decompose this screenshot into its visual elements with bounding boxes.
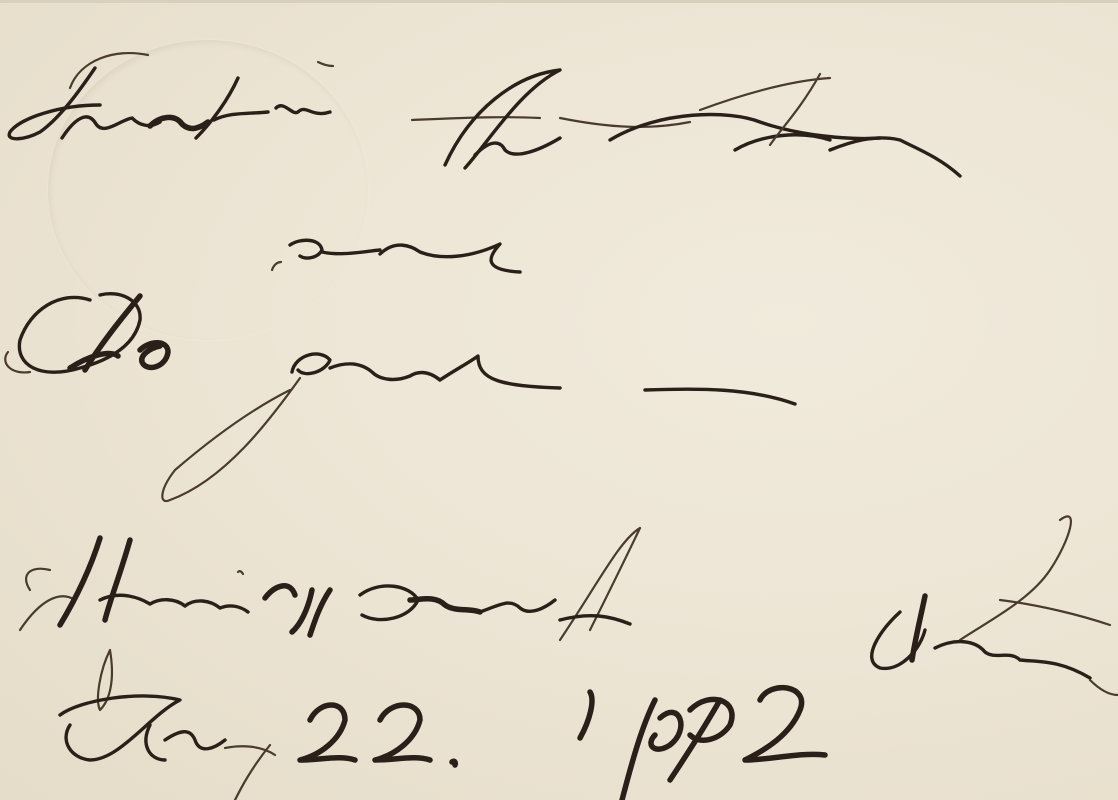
handwriting-line-2 [272, 240, 520, 272]
paper-sheet: Trust in the Lord and Do good — Harriet … [0, 0, 1118, 800]
signature-strokes [20, 516, 1118, 695]
handwriting-line-1 [9, 53, 960, 176]
handwriting-line-3 [5, 294, 795, 501]
date-strokes [60, 650, 825, 800]
handwriting-strokes [0, 0, 1118, 800]
